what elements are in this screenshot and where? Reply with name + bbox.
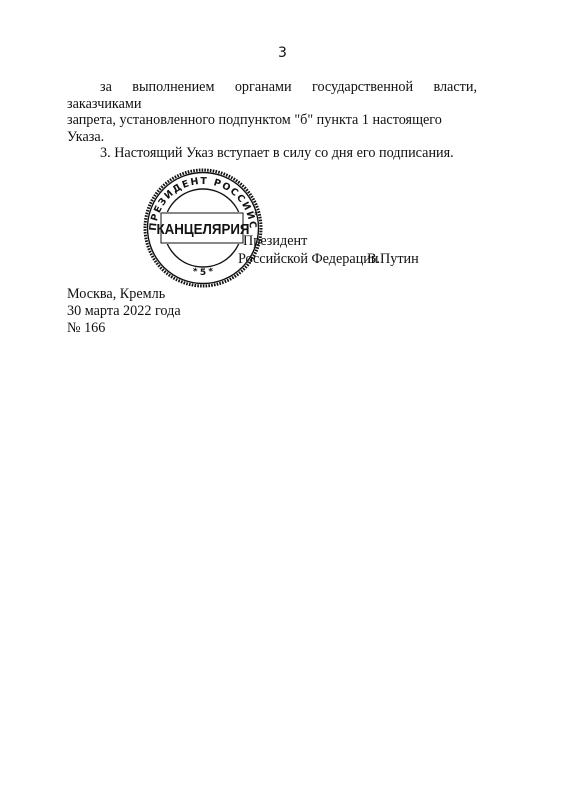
document-page: 3 за выполнением органами государственно… <box>0 0 565 800</box>
paragraph-line: запрета, установленного подпунктом "б" п… <box>67 112 477 145</box>
page-number: 3 <box>0 45 565 61</box>
svg-text:* 5 *: * 5 * <box>192 267 215 278</box>
date: 30 марта 2022 года <box>67 303 181 320</box>
signature-name: В.Путин <box>367 250 419 268</box>
place-date-number: Москва, Кремль 30 марта 2022 года № 166 <box>67 286 181 337</box>
decree-number: № 166 <box>67 320 181 337</box>
body-text: за выполнением органами государственной … <box>67 79 477 162</box>
paragraph-line: за выполнением органами государственной … <box>67 79 477 112</box>
paragraph-clause-3: 3. Настоящий Указ вступает в силу со дня… <box>67 145 477 162</box>
official-stamp-icon: ПРЕЗИДЕНТ РОССИЙСКОЙ ФЕДЕРАЦИИ * 5 * КАН… <box>140 165 266 291</box>
stamp-center-text: КАНЦЕЛЯРИЯ <box>157 220 250 237</box>
stamp-bottom-text: * 5 * <box>192 267 215 278</box>
